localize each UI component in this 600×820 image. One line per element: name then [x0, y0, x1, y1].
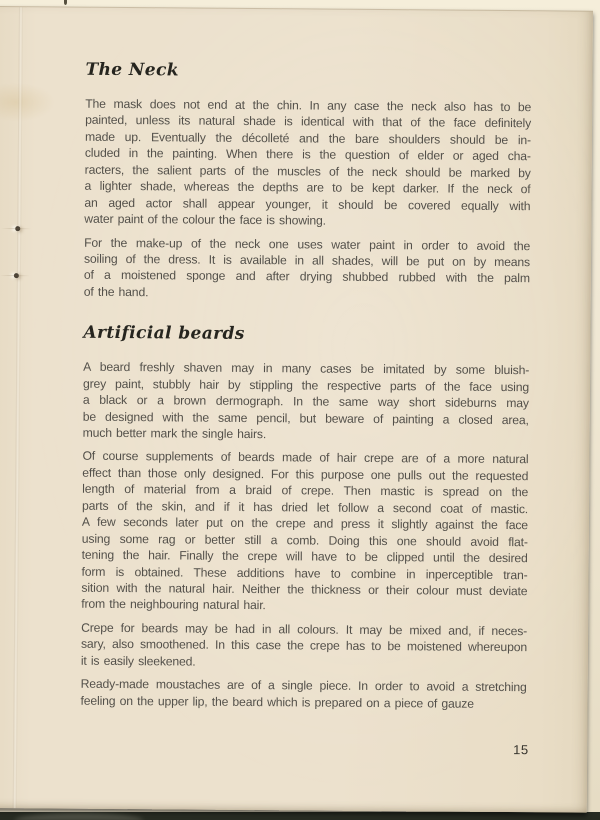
- paragraph: Of course supplements of beards made of …: [81, 448, 528, 616]
- paragraph: Ready-made moustaches are of a single pi…: [80, 676, 526, 712]
- binding-crease: [13, 7, 23, 808]
- section: Artificial beardsA beard freshly shaven …: [80, 323, 529, 712]
- paragraph: Crepe for beards may be had in all colou…: [81, 620, 527, 673]
- text-line: from the neighbouring natural hair.: [81, 596, 527, 616]
- paper-speck: [64, 0, 67, 5]
- text-line: feeling on the upper lip, the beard whic…: [80, 692, 526, 712]
- text-line: water paint of the colour the face is sh…: [84, 211, 530, 231]
- staple-hole: [15, 226, 20, 231]
- paragraph: The mask does not end at the chin. In an…: [84, 96, 531, 231]
- book-page: The NeckThe mask does not end at the chi…: [0, 6, 593, 813]
- section-heading: Artificial beards: [83, 323, 529, 347]
- staple-hole: [14, 273, 19, 278]
- lower-page-sliver: [14, 813, 144, 820]
- page-number: 15: [513, 742, 529, 757]
- text-line: of a moistened sponge and after drying s…: [84, 267, 530, 287]
- paragraph: For the make-up of the neck one uses wat…: [84, 234, 531, 303]
- text-line: much better mark the single hairs.: [83, 425, 529, 445]
- section: The NeckThe mask does not end at the chi…: [84, 60, 532, 304]
- paragraph: A beard freshly shaven may in many cases…: [83, 359, 530, 445]
- page-content: The NeckThe mask does not end at the chi…: [80, 60, 531, 719]
- section-heading: The Neck: [85, 60, 531, 84]
